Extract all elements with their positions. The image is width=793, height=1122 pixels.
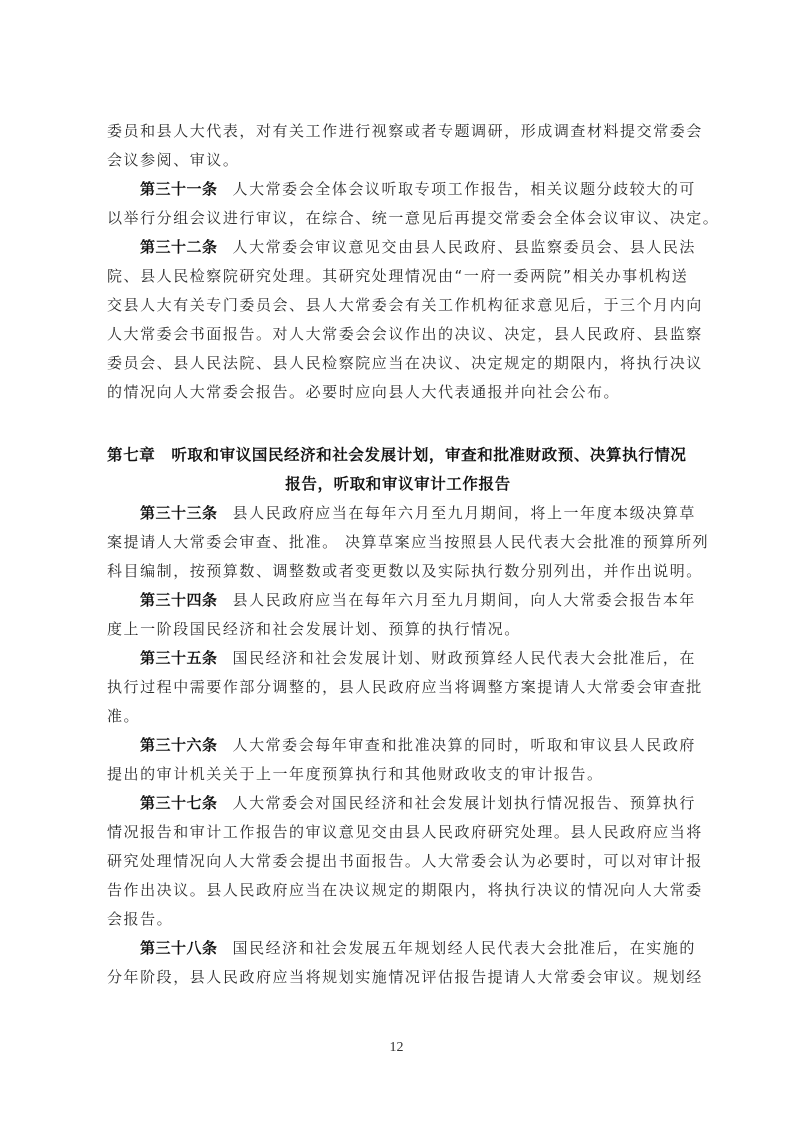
article-number: 第三十七条	[140, 794, 218, 812]
chapter-heading: 第七章听取和审议国民经济和社会发展计划，审查和批准财政预、决算执行情况 报告，听…	[107, 441, 689, 499]
text-line: 案提请人大常委会审查、批准。 决算草案应当按照县人民代表大会批准的预算所列	[107, 528, 689, 557]
article-38: 第三十八条国民经济和社会发展五年规划经人民代表大会批准后，在实施的 分年阶段，县…	[107, 934, 689, 992]
text-line: 的情况向人大常委会报告。必要时应向县人大代表通报并向社会公布。	[107, 378, 689, 407]
text-line: 县人民政府应当在每年六月至九月期间，将上一年度本级决算草	[233, 504, 696, 522]
article-number: 第三十四条	[140, 591, 218, 609]
text-line: 以举行分组会议进行审议，在综合、统一意见后再提交常委会全体会议审议、决定。	[107, 204, 689, 233]
paragraph-continuation: 委员和县人大代表，对有关工作进行视察或者专题调研，形成调查材料提交常委会 会议参…	[107, 117, 689, 175]
text-line: 国民经济和社会发展五年规划经人民代表大会批准后，在实施的	[233, 939, 696, 957]
text-line: 委员会、县人民法院、县人民检察院应当在决议、决定规定的期限内，将执行决议	[107, 349, 689, 378]
article-number: 第三十二条	[140, 238, 218, 256]
chapter-title-line: 听取和审议国民经济和社会发展计划，审查和批准财政预、决算执行情况	[171, 446, 686, 464]
text-line: 情况报告和审计工作报告的审议意见交由县人民政府研究处理。县人民政府应当将	[107, 818, 689, 847]
text-line: 会报告。	[107, 905, 689, 934]
text-line: 交县人大有关专门委员会、县人大常委会有关工作机构征求意见后，于三个月内向	[107, 291, 689, 320]
article-34: 第三十四条县人民政府应当在每年六月至九月期间，向人大常委会报告本年 度上一阶段国…	[107, 586, 689, 644]
article-number: 第三十五条	[140, 649, 218, 667]
text-line: 国民经济和社会发展计划、财政预算经人民代表大会批准后，在	[233, 649, 696, 667]
text-line: 科目编制，按预算数、调整数或者变更数以及实际执行数分别列出，并作出说明。	[107, 557, 689, 586]
article-35: 第三十五条国民经济和社会发展计划、财政预算经人民代表大会批准后，在 执行过程中需…	[107, 644, 689, 731]
text-line: 研究处理情况向人大常委会提出书面报告。人大常委会认为必要时，可以对审计报	[107, 847, 689, 876]
text-line: 院、县人民检察院研究处理。其研究处理情况由“一府一委两院”相关办事机构送	[107, 262, 689, 291]
article-36: 第三十六条人大常委会每年审查和批准决算的同时，听取和审议县人民政府 提出的审计机…	[107, 731, 689, 789]
text-line: 人大常委会对国民经济和社会发展计划执行情况报告、预算执行	[233, 794, 696, 812]
text-line: 执行过程中需要作部分调整的，县人民政府应当将调整方案提请人大常委会审查批	[107, 673, 689, 702]
chapter-label: 第七章	[107, 446, 155, 464]
text-line: 会议参阅、审议。	[107, 146, 689, 175]
article-33: 第三十三条县人民政府应当在每年六月至九月期间，将上一年度本级决算草 案提请人大常…	[107, 499, 689, 586]
article-number: 第三十八条	[140, 939, 218, 957]
article-31: 第三十一条人大常委会全体会议听取专项工作报告，相关议题分歧较大的可 以举行分组会…	[107, 175, 689, 233]
chapter-title-line: 报告，听取和审议审计工作报告	[107, 470, 689, 499]
article-number: 第三十三条	[140, 504, 218, 522]
text-line: 人大常委会全体会议听取专项工作报告，相关议题分歧较大的可	[233, 180, 696, 198]
text-line: 委员和县人大代表，对有关工作进行视察或者专题调研，形成调查材料提交常委会	[107, 117, 689, 146]
text-line: 分年阶段，县人民政府应当将规划实施情况评估报告提请人大常委会审议。规划经	[107, 963, 689, 992]
article-32: 第三十二条人大常委会审议意见交由县人民政府、县监察委员会、县人民法 院、县人民检…	[107, 233, 689, 407]
page-number: 12	[0, 1040, 793, 1056]
text-line: 提出的审计机关关于上一年度预算执行和其他财政收支的审计报告。	[107, 760, 689, 789]
text-line: 人大常委会审议意见交由县人民政府、县监察委员会、县人民法	[233, 238, 696, 256]
text-line: 人大常委会书面报告。对人大常委会会议作出的决议、决定，县人民政府、县监察	[107, 320, 689, 349]
text-line: 县人民政府应当在每年六月至九月期间，向人大常委会报告本年	[233, 591, 696, 609]
document-page: 委员和县人大代表，对有关工作进行视察或者专题调研，形成调查材料提交常委会 会议参…	[107, 117, 689, 992]
article-number: 第三十六条	[140, 736, 218, 754]
text-line: 人大常委会每年审查和批准决算的同时，听取和审议县人民政府	[233, 736, 696, 754]
text-line: 度上一阶段国民经济和社会发展计划、预算的执行情况。	[107, 615, 689, 644]
article-37: 第三十七条人大常委会对国民经济和社会发展计划执行情况报告、预算执行 情况报告和审…	[107, 789, 689, 934]
text-line: 准。	[107, 702, 689, 731]
text-line: 告作出决议。县人民政府应当在决议规定的期限内，将执行决议的情况向人大常委	[107, 876, 689, 905]
article-number: 第三十一条	[140, 180, 218, 198]
